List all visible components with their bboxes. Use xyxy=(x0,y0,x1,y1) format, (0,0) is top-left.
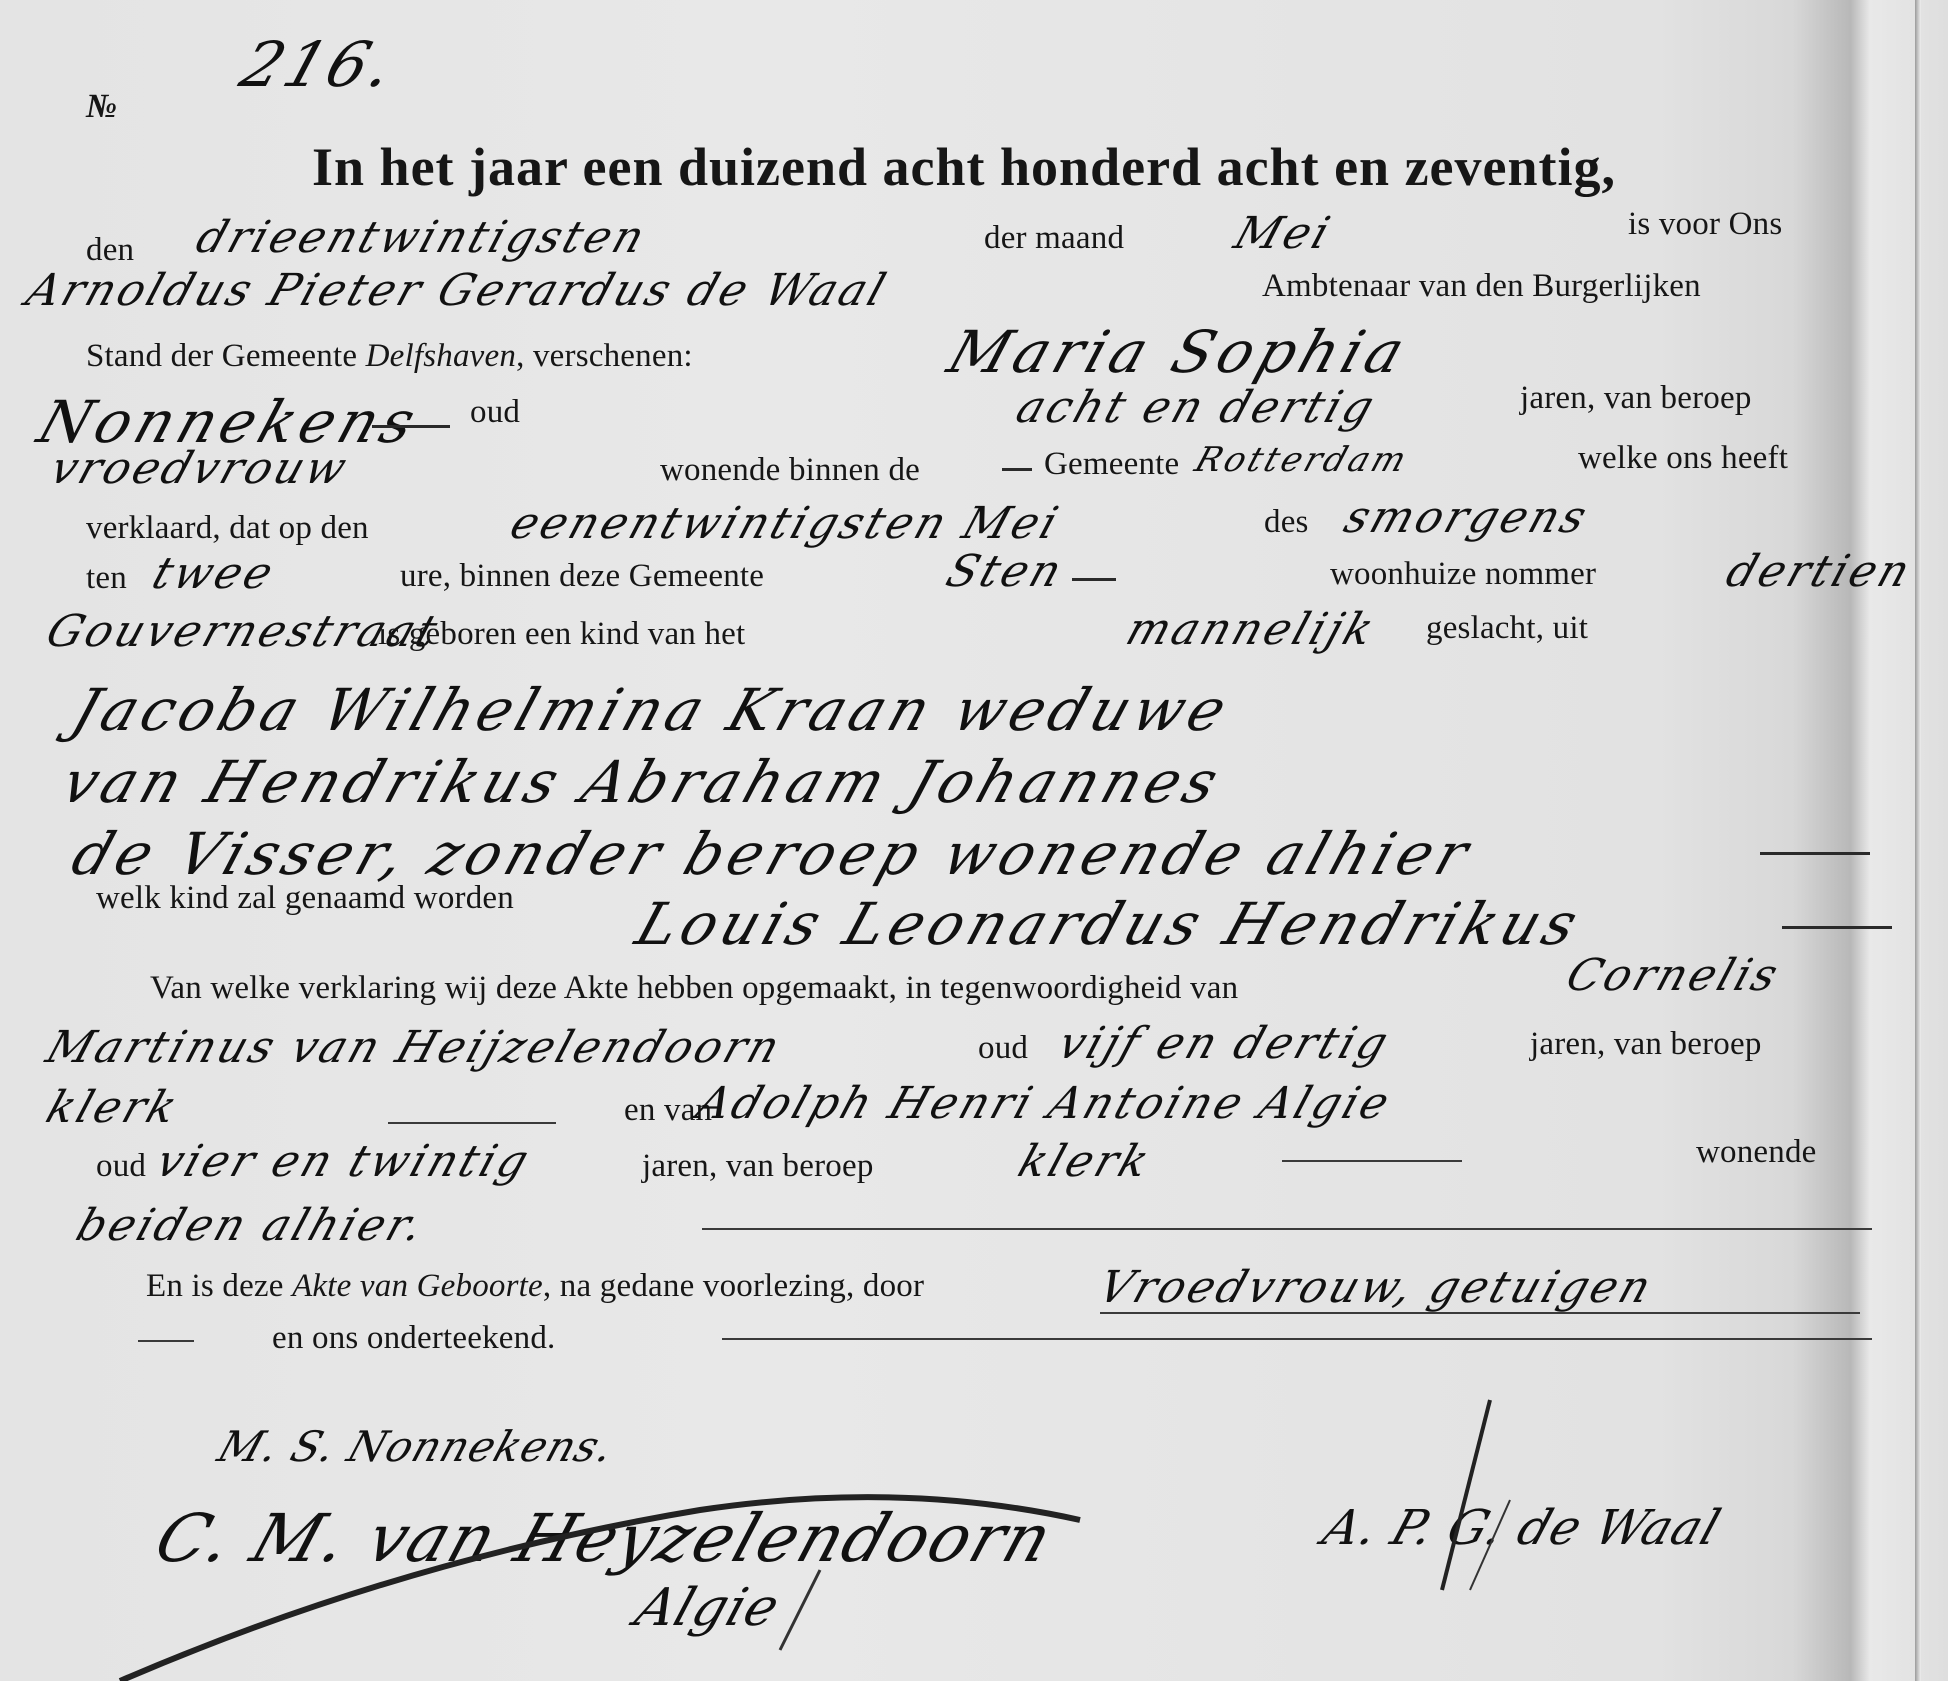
signature-flourishes xyxy=(0,0,1948,1681)
